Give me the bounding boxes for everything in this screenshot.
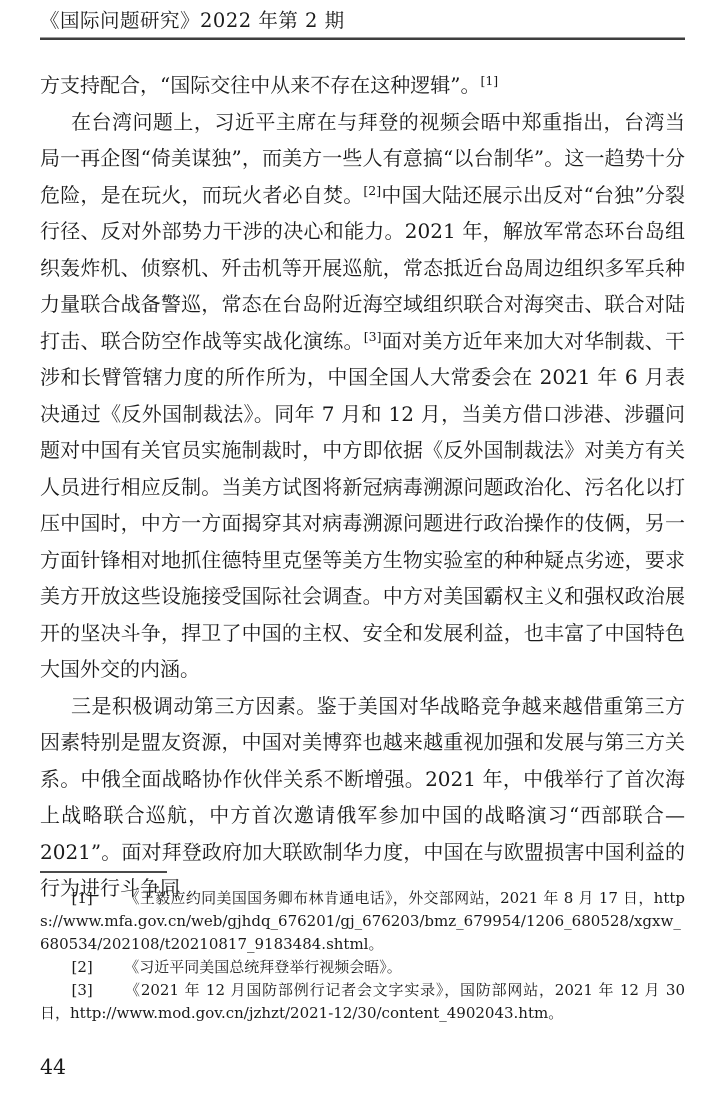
footnote-1: [1]《王毅应约同美国国务卿布林肯通电话》，外交部网站，2021 年 8 月 1… xyxy=(40,887,685,956)
footnote-label: [2] xyxy=(72,958,93,976)
body-paragraph-1: 方支持配合，“国际交往中从来不存在这种逻辑”。[1] xyxy=(40,67,685,104)
footnote-separator xyxy=(40,871,167,873)
body-paragraph-2: 在台湾问题上，习近平主席在与拜登的视频会晤中郑重指出，台湾当局一再企图“倚美谋独… xyxy=(40,104,685,688)
footnote-text: 《习近平同美国总统拜登举行视频会晤》。 xyxy=(124,958,402,976)
footnote-ref-3: [3] xyxy=(364,329,382,344)
footnote-label: [1] xyxy=(72,889,93,907)
footnote-ref-2: [2] xyxy=(363,183,381,198)
journal-title: 《国际问题研究》2022 年第 2 期 xyxy=(40,5,685,33)
footnote-ref-1: [1] xyxy=(480,73,498,88)
footnote-text: 《王毅应约同美国国务卿布林肯通电话》，外交部网站，2021 年 8 月 17 日… xyxy=(40,889,685,953)
article-body: 方支持配合，“国际交往中从来不存在这种逻辑”。[1] 在台湾问题上，习近平主席在… xyxy=(40,67,685,907)
footnote-label: [3] xyxy=(72,981,93,999)
paragraph-text: 中国大陆还展示出反对“台独”分裂行径、反对外部势力干涉的决心和能力。2021 年… xyxy=(40,183,685,353)
footnotes-section: [1]《王毅应约同美国国务卿布林肯通电话》，外交部网站，2021 年 8 月 1… xyxy=(40,871,685,1025)
page-number: 44 xyxy=(40,1055,66,1079)
document-page: 《国际问题研究》2022 年第 2 期 方支持配合，“国际交往中从来不存在这种逻… xyxy=(0,0,728,1094)
footnote-2: [2]《习近平同美国总统拜登举行视频会晤》。 xyxy=(40,956,685,979)
paragraph-text: 三是积极调动第三方因素。鉴于美国对华战略竞争越来越借重第三方因素特别是盟友资源，… xyxy=(40,694,685,901)
footnote-3: [3]《2021 年 12 月国防部例行记者会文字实录》，国防部网站，2021 … xyxy=(40,979,685,1025)
header-rule xyxy=(40,37,685,40)
paragraph-text: 方支持配合，“国际交往中从来不存在这种逻辑”。 xyxy=(40,73,480,97)
page-header: 《国际问题研究》2022 年第 2 期 xyxy=(40,5,685,40)
footnote-text: 《2021 年 12 月国防部例行记者会文字实录》，国防部网站，2021 年 1… xyxy=(40,981,685,1022)
paragraph-text: 面对美方近年来加大对华制裁、干涉和长臂管辖力度的所作所为，中国全国人大常委会在 … xyxy=(40,329,685,682)
